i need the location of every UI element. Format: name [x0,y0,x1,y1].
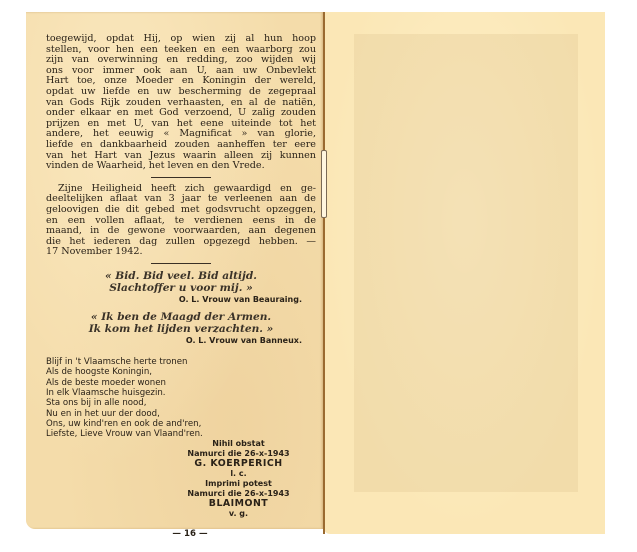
text-line: opdat uw liefde en uw bescherming de zeg… [46,87,316,98]
attribution-beauraing: O. L. Vrouw van Beauraing. [46,295,316,306]
text-line: 17 November 1942. [46,247,316,258]
quote-beauraing: « Bid. Bid veel. Bid altijd. Slachtoffer… [46,270,316,294]
text-line: toegewijd, opdat Hij, op wien zij al hun… [46,34,316,45]
censor-name: G. KOERPERICH [181,459,296,469]
poem-line: Blijf in 't Vlaamsche herte tronen [46,357,316,367]
divider-rule [151,177,211,178]
text-line: vinden de Waarheid, het leven en den Vre… [46,161,316,172]
attribution-banneux: O. L. Vrouw van Banneux. [46,336,316,347]
quote-banneux: « Ik ben de Maagd der Armen. Ik kom het … [46,311,316,335]
vicar-title: v. g. [181,509,296,519]
nihil-obstat: Nihil obstat [181,439,296,449]
poem-line: Ons, uw kind'ren en ook de and'ren, [46,419,316,429]
right-page-blank [324,12,605,534]
poem-line: Als de hoogste Koningin, [46,367,316,377]
poem-line: Liefste, Lieve Vrouw van Vlaand'ren. [46,429,316,439]
poem-line: Sta ons bij in alle nood, [46,398,316,408]
poem-line: Als de beste moeder wonen [46,378,316,388]
prayer-paragraph: toegewijd, opdat Hij, op wien zij al hun… [46,34,316,172]
indulgence-paragraph: Zijne Heiligheid heeft zich gewaardigd e… [46,184,316,258]
staple [321,150,327,218]
vicar-name: BLAIMONT [181,499,296,509]
poem-line: Nu en in het uur der dood, [46,409,316,419]
poem-line: In elk Vlaamsche huisgezin. [46,388,316,398]
quote-line: « Ik ben de Maagd der Armen. [46,311,316,323]
text-line: liefde en dankbaarheid zouden aanheffen … [46,140,316,151]
book-spine [323,12,325,534]
right-page-faded-area [354,34,578,492]
left-page-text: toegewijd, opdat Hij, op wien zij al hun… [46,34,316,540]
page-number: — 16 — [46,529,316,540]
quote-line: Slachtoffer u voor mij. » [46,282,316,294]
quote-line: « Bid. Bid veel. Bid altijd. [46,270,316,282]
imprimatur-block: Nihil obstat Namurci die 26-x-1943 G. KO… [181,439,296,519]
poem: Blijf in 't Vlaamsche herte tronenAls de… [46,357,316,439]
censor-title: l. c. [181,469,296,479]
imprimi-potest: Imprimi potest [181,479,296,489]
text-line: geloovigen die dit gebed met godsvrucht … [46,205,316,216]
divider-rule [151,263,211,264]
quote-line: Ik kom het lijden verzachten. » [46,323,316,335]
